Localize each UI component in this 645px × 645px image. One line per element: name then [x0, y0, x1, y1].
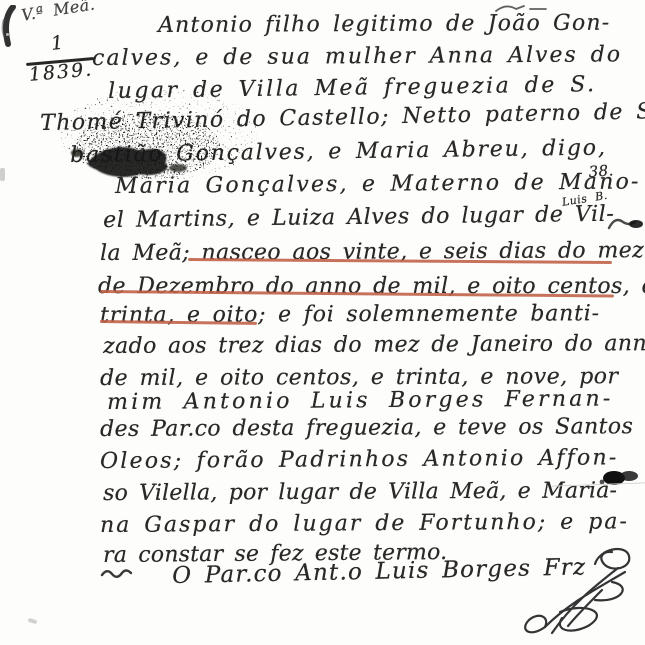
- corner-ink-mark: [0, 5, 18, 47]
- record-line: el Martins, e Luiza Alves do lugar de Vi…: [103, 202, 615, 233]
- margin-place-label: V.ª Meã.: [20, 0, 96, 25]
- margin-record-number: 1: [50, 32, 65, 55]
- record-line: Antonio filho legitimo de João Gon-: [158, 11, 610, 38]
- record-line: calves, e de sua mulher Anna Alves do: [92, 42, 622, 71]
- record-line: des Par.co desta freguezia, e teve os Sa…: [100, 414, 633, 442]
- record-line: so Vilella, por lugar de Villa Meã, e Ma…: [103, 478, 617, 506]
- record-line: na Gaspar do lugar de Fortunho; e pa-: [100, 509, 629, 538]
- scan-speck: [28, 618, 38, 625]
- ink-blob: [594, 464, 645, 492]
- record-line-underlined: trinta, e oito; e foi solemnemente banti…: [100, 301, 600, 328]
- record-line: mim Antonio Luis Borges Fernan-: [107, 386, 614, 415]
- record-line: zado aos trez dias do mez de Janeiro do …: [103, 331, 645, 359]
- scan-speck: [0, 168, 5, 181]
- scanned-baptism-record: V.ª Meã. 1 1839. Antonio filho legitimo …: [0, 0, 645, 645]
- record-line: Oleos; forão Padrinhos Antonio Affon-: [100, 445, 619, 474]
- scan-speck: [6, 33, 9, 36]
- signature-flourish: [500, 542, 645, 642]
- record-line: Maria Gonçalves, e Materno de Mano-: [115, 169, 641, 199]
- tilde-mark: [100, 565, 136, 581]
